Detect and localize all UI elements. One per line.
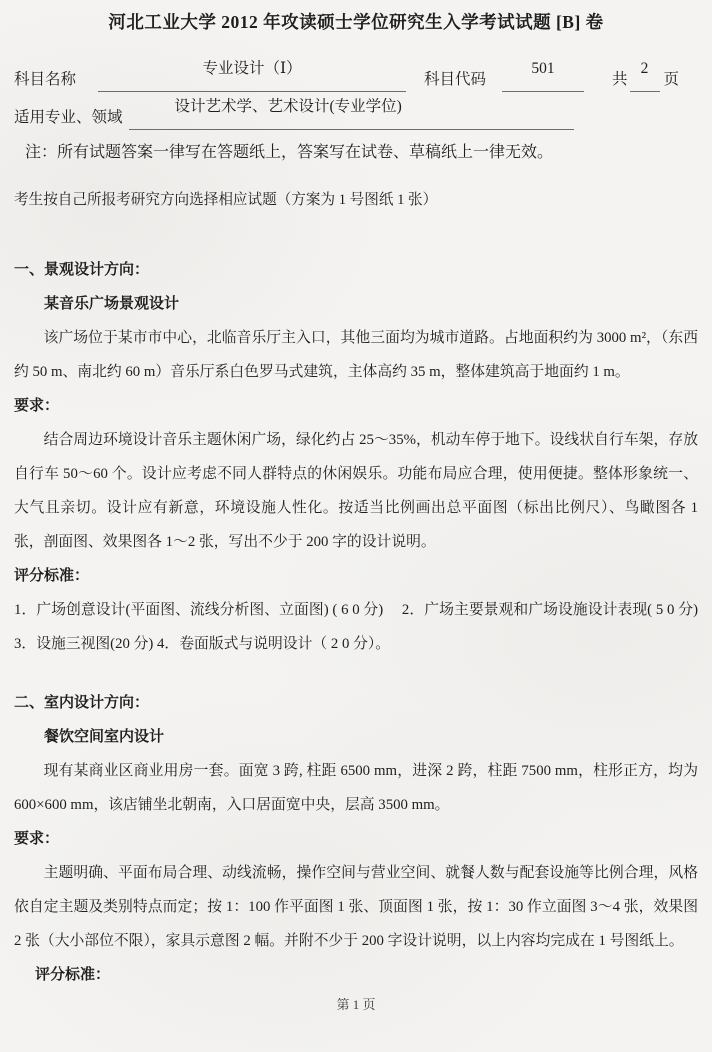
page-number: 第 1 页 — [14, 996, 698, 1014]
exam-paper-page: 河北工业大学 2012 年攻读硕士学位研究生入学考试试题 [B] 卷 科目名称 … — [0, 0, 712, 1052]
section-1-scoring-label: 评分标准： — [14, 559, 698, 593]
section-interior-design: 二、室内设计方向： 餐饮空间室内设计 现有某商业区商业用房一套。面宽 3 跨, … — [14, 686, 698, 992]
section-2-subtitle: 餐饮空间室内设计 — [14, 720, 698, 754]
section-2-scoring-label: 评分标准： — [14, 958, 698, 992]
total-pages-label: 共 — [612, 69, 628, 91]
total-pages-unit: 页 — [664, 69, 680, 91]
subject-code-label: 科目代码 — [424, 69, 486, 91]
applicable-field-row: 适用专业、领域 设计艺术学、艺术设计(专业学位) — [14, 96, 698, 129]
section-1-requirements-label: 要求： — [14, 389, 698, 423]
section-2-description: 现有某商业区商业用房一套。面宽 3 跨, 柱距 6500 mm，进深 2 跨，柱… — [14, 754, 698, 822]
section-2-requirements: 主题明确、平面布局合理、动线流畅，操作空间与营业空间、就餐人数与配套设施等比例合… — [14, 856, 698, 958]
applicable-field-value: 设计艺术学、艺术设计(专业学位) — [129, 96, 574, 130]
section-2-requirements-label: 要求： — [14, 822, 698, 856]
section-1-scoring: 1．广场创意设计(平面图、流线分析图、立面图) ( 6 0 分) 2．广场主要景… — [14, 593, 698, 661]
section-1-description: 该广场位于某市市中心，北临音乐厅主入口，其他三面均为城市道路。占地面积约为 30… — [14, 321, 698, 389]
subject-name-value: 专业设计（Ⅰ） — [98, 58, 406, 92]
intro-line: 考生按自己所报考研究方向选择相应试题（方案为 1 号图纸 1 张） — [14, 190, 698, 210]
subject-name-label: 科目名称 — [14, 69, 76, 91]
page-title: 河北工业大学 2012 年攻读硕士学位研究生入学考试试题 [B] 卷 — [14, 10, 698, 34]
section-landscape-design: 一、景观设计方向： 某音乐广场景观设计 该广场位于某市市中心，北临音乐厅主入口，… — [14, 253, 698, 661]
applicable-field-label: 适用专业、领域 — [14, 107, 123, 129]
section-2-heading: 二、室内设计方向： — [14, 686, 698, 720]
exam-note: 注：所有试题答案一律写在答题纸上，答案写在试卷、草稿纸上一律无效。 — [25, 142, 698, 164]
subject-code-value: 501 — [502, 58, 584, 92]
section-1-heading: 一、景观设计方向： — [14, 253, 698, 287]
subject-row: 科目名称 专业设计（Ⅰ） 科目代码 501 共 2 页 — [14, 58, 698, 91]
section-1-requirements: 结合周边环境设计音乐主题休闲广场，绿化约占 25～35%，机动车停于地下。设线状… — [14, 423, 698, 559]
section-1-subtitle: 某音乐广场景观设计 — [14, 287, 698, 321]
total-pages-value: 2 — [630, 58, 660, 92]
